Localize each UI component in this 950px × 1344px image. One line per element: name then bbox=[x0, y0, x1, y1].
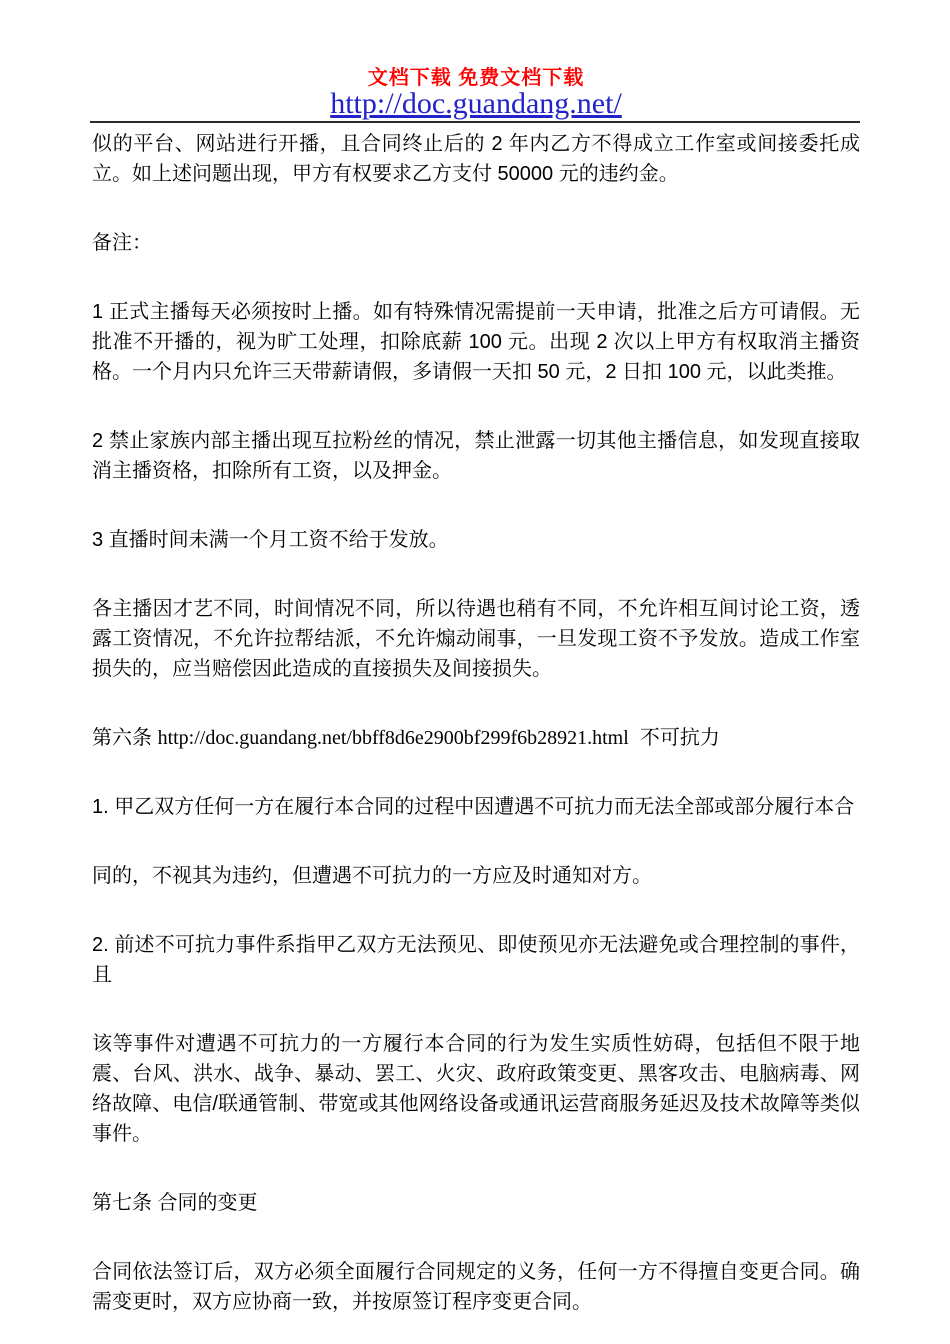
paragraph-article7-heading: 第七条 合同的变更 bbox=[92, 1188, 860, 1218]
paragraph-article7-body: 合同依法签订后，双方必须全面履行合同规定的义务，任何一方不得擅自变更合同。确需变… bbox=[92, 1257, 860, 1317]
paragraph-article6-clause1b: 同的，不视其为违约，但遭遇不可抗力的一方应及时通知对方。 bbox=[92, 861, 860, 891]
site-link[interactable]: http://doc.guandang.net/ bbox=[92, 90, 860, 118]
article6-prefix: 第六条 bbox=[92, 727, 158, 749]
article6-suffix: 不可抗力 bbox=[629, 727, 720, 749]
paragraph-article6-heading: 第六条 http://doc.guandang.net/bbff8d6e2900… bbox=[92, 723, 860, 753]
site-header: 文档下载 免费文档下载 http://doc.guandang.net/ bbox=[92, 66, 860, 118]
paragraph-rule-2: 2 禁止家族内部主播出现互拉粉丝的情况，禁止泄露一切其他主播信息，如发现直接取消… bbox=[92, 426, 860, 486]
paragraph-article6-clause2b: 该等事件对遭遇不可抗力的一方履行本合同的行为发生实质性妨碍，包括但不限于地震、台… bbox=[92, 1029, 860, 1149]
article6-inline-url: http://doc.guandang.net/bbff8d6e2900bf29… bbox=[158, 727, 629, 749]
paragraph-rule-3: 3 直播时间未满一个月工资不给于发放。 bbox=[92, 525, 860, 555]
paragraph-remarks-label: 备注： bbox=[92, 228, 860, 258]
header-divider bbox=[90, 121, 860, 123]
document-body: 似的平台、网站进行开播，且合同终止后的 2 年内乙方不得成立工作室或间接委托成立… bbox=[92, 129, 860, 1317]
paragraph-article6-clause1a: 1. 甲乙双方任何一方在履行本合同的过程中因遭遇不可抗力而无法全部或部分履行本合 bbox=[92, 792, 860, 822]
document-page: 文档下载 免费文档下载 http://doc.guandang.net/ 似的平… bbox=[0, 0, 950, 1344]
paragraph-article6-clause2a: 2. 前述不可抗力事件系指甲乙双方无法预见、即使预见亦无法避免或合理控制的事件，… bbox=[92, 930, 860, 990]
paragraph-salary-policy: 各主播因才艺不同，时间情况不同，所以待遇也稍有不同，不允许相互间讨论工资，透露工… bbox=[92, 594, 860, 684]
paragraph-platform-restriction: 似的平台、网站进行开播，且合同终止后的 2 年内乙方不得成立工作室或间接委托成立… bbox=[92, 129, 860, 189]
paragraph-rule-1: 1 正式主播每天必须按时上播。如有特殊情况需提前一天申请，批准之后方可请假。无批… bbox=[92, 297, 860, 387]
